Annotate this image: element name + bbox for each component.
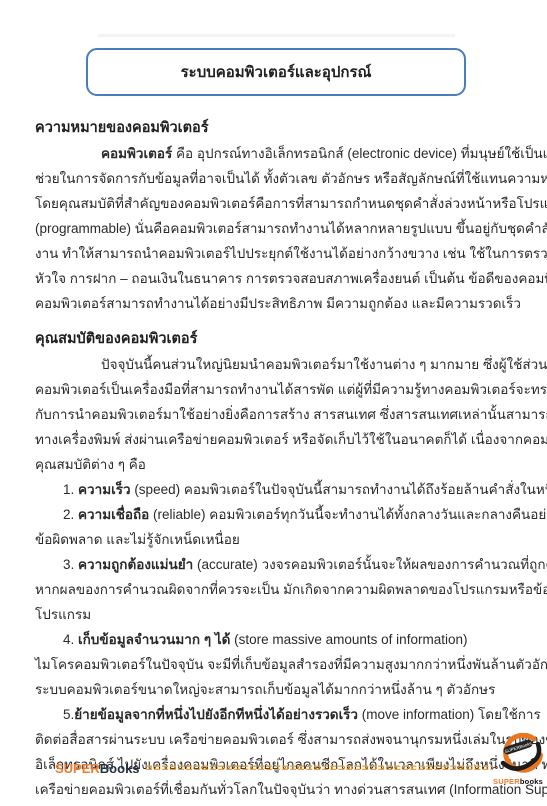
text-line: ช่วยในการจัดการกับข้อมูลที่อาจเป็นได้ ทั… xyxy=(35,166,519,191)
text-run: กับการนำคอมพิวเตอร์มาใช้อย่างยิ่งคือการส… xyxy=(35,407,547,422)
text-run: งาน ทำให้สามารถนำคอมพิวเตอร์ไปประยุกต์ใช… xyxy=(35,246,547,261)
text-run: (reliable) คอมพิวเตอร์ทุกวันนี้จะทำงานได… xyxy=(149,507,547,522)
text-run: โดยคุณสมบัติที่สำคัญของคอมพิวเตอร์คือการ… xyxy=(35,196,547,211)
text-line: คุณสมบัติต่าง ๆ คือ xyxy=(35,452,519,477)
section-body-meaning: คอมพิวเตอร์ คือ อุปกรณ์ทางอิเล็กทรอนิกส์… xyxy=(35,141,519,316)
text-run: (speed) คอมพิวเตอร์ในปัจจุบันนี้สามารถทำ… xyxy=(131,482,547,497)
text-line: คอมพิวเตอร์ คือ อุปกรณ์ทางอิเล็กทรอนิกส์… xyxy=(35,141,519,166)
section-body-properties: ปัจจุบันนี้คนส่วนใหญ่นิยมนำคอมพิวเตอร์มา… xyxy=(35,352,519,802)
text-run: 2. xyxy=(63,507,78,522)
text-line: 2. ความเชื่อถือ (reliable) คอมพิวเตอร์ทุ… xyxy=(35,502,519,527)
text-run: คอมพิวเตอร์สามารถทำงานได้อย่างมีประสิทธิ… xyxy=(35,296,521,311)
section-heading-meaning: ความหมายของคอมพิวเตอร์ xyxy=(35,116,519,141)
text-run: 5. xyxy=(63,707,74,722)
logo-label-books: books xyxy=(520,777,543,786)
section-heading-properties: คุณสมบัติของคอมพิวเตอร์ xyxy=(35,327,519,352)
text-run: ปัจจุบันนี้คนส่วนใหญ่นิยมนำคอมพิวเตอร์มา… xyxy=(101,357,547,372)
text-run: หัวใจ การฝาก – ถอนเงินในธนาคาร การตรวจสอ… xyxy=(35,271,547,286)
text-line: 1. ความเร็ว (speed) คอมพิวเตอร์ในปัจจุบั… xyxy=(35,477,519,502)
text-line: กับการนำคอมพิวเตอร์มาใช้อย่างยิ่งคือการส… xyxy=(35,402,519,427)
text-line: 5.ย้ายข้อมูลจากที่หนึ่งไปยังอีกทีหนึ่งได… xyxy=(35,702,519,727)
footer-dashed-rule: ========================================… xyxy=(146,756,493,780)
footer-brand-super: SUPER xyxy=(55,761,100,776)
scan-shadow-artifact xyxy=(98,34,455,37)
text-line: ติดต่อสื่อสารผ่านระบบ เครือข่ายคอมพิวเตอ… xyxy=(35,727,519,752)
text-run: ทางเครื่องพิมพ์ ส่งผ่านเครือข่ายคอมพิวเต… xyxy=(35,432,547,447)
text-run: (store massive amounts of information) xyxy=(230,632,467,647)
text-run-bold: คอมพิวเตอร์ xyxy=(101,146,172,161)
text-line: 3. ความถูกต้องแม่นยำ (accurate) วงจรคอมพ… xyxy=(35,552,519,577)
logo-label: SUPERbooks xyxy=(491,777,545,786)
text-run: คอมพิวเตอร์เป็นเครื่องมือที่สามารถทำงานไ… xyxy=(35,382,547,397)
text-run: ระบบคอมพิวเตอร์ขนาดใหญ่จะสามารถเก็บข้อมู… xyxy=(35,682,495,697)
text-line: โดยคุณสมบัติที่สำคัญของคอมพิวเตอร์คือการ… xyxy=(35,191,519,216)
text-line: งาน ทำให้สามารถนำคอมพิวเตอร์ไปประยุกต์ใช… xyxy=(35,241,519,266)
text-line: ไมโครคอมพิวเตอร์ในปัจจุบัน จะมีที่เก็บข้… xyxy=(35,652,519,677)
text-run: คือ อุปกรณ์ทางอิเล็กทรอนิกส์ (electronic… xyxy=(172,146,547,161)
text-run-bold: ย้ายข้อมูลจากที่หนึ่งไปยังอีกทีหนึ่งได้อ… xyxy=(74,707,358,722)
footer: SUPERBooks =============================… xyxy=(55,756,493,780)
text-line: หัวใจ การฝาก – ถอนเงินในธนาคาร การตรวจสอ… xyxy=(35,266,519,291)
text-run: ข้อผิดพลาด และไม่รู้จักเหน็ดเหนื่อย xyxy=(35,532,240,547)
swoosh-logo-icon: SUPERBooks xyxy=(491,733,545,777)
logo-label-super: SUPER xyxy=(493,777,520,786)
footer-brand-books: Books xyxy=(100,761,140,776)
superbooks-logo: SUPERBooks SUPERbooks xyxy=(491,733,545,791)
text-run: (move information) โดยใช้การ xyxy=(358,707,541,722)
page-title: ระบบคอมพิวเตอร์และอุปกรณ์ xyxy=(181,60,372,84)
text-line: หากผลของการคำนวณผิดจากที่ควรจะเป็น มักเก… xyxy=(35,577,519,602)
text-run: ช่วยในการจัดการกับข้อมูลที่อาจเป็นได้ ทั… xyxy=(35,171,547,186)
text-run: หากผลของการคำนวณผิดจากที่ควรจะเป็น มักเก… xyxy=(35,582,547,597)
text-line: เครือข่ายคอมพิวเตอร์ที่เชื่อมกันทั่วโลกใ… xyxy=(35,777,519,802)
text-line: โปรแกรม xyxy=(35,602,519,627)
text-run-bold: ความเชื่อถือ xyxy=(78,507,149,522)
page-title-box: ระบบคอมพิวเตอร์และอุปกรณ์ xyxy=(86,48,466,96)
text-run-bold: เก็บข้อมูลจำนวนมาก ๆ ได้ xyxy=(78,632,230,647)
text-run: 3. xyxy=(63,557,78,572)
document-page: ระบบคอมพิวเตอร์และอุปกรณ์ ความหมายของคอม… xyxy=(0,0,547,806)
text-line: ระบบคอมพิวเตอร์ขนาดใหญ่จะสามารถเก็บข้อมู… xyxy=(35,677,519,702)
text-run: 1. xyxy=(63,482,78,497)
text-run-bold: ความถูกต้องแม่นยำ xyxy=(78,557,193,572)
text-line: 4. เก็บข้อมูลจำนวนมาก ๆ ได้ (store massi… xyxy=(35,627,519,652)
text-run: ติดต่อสื่อสารผ่านระบบ เครือข่ายคอมพิวเตอ… xyxy=(35,732,547,747)
text-run-bold: ความเร็ว xyxy=(78,482,131,497)
text-run: 4. xyxy=(63,632,78,647)
text-line: (programmable) นั่นคือคอมพิวเตอร์สามารถท… xyxy=(35,216,519,241)
text-run: ไมโครคอมพิวเตอร์ในปัจจุบัน จะมีที่เก็บข้… xyxy=(35,657,547,672)
page-content: ความหมายของคอมพิวเตอร์ คอมพิวเตอร์ คือ อ… xyxy=(35,116,519,802)
text-run: (accurate) วงจรคอมพิวเตอร์นั้นจะให้ผลของ… xyxy=(193,557,547,572)
text-run: (programmable) นั่นคือคอมพิวเตอร์สามารถท… xyxy=(35,221,547,236)
text-line: ข้อผิดพลาด และไม่รู้จักเหน็ดเหนื่อย xyxy=(35,527,519,552)
text-run: โปรแกรม xyxy=(35,607,91,622)
text-line: คอมพิวเตอร์สามารถทำงานได้อย่างมีประสิทธิ… xyxy=(35,291,519,316)
text-line: คอมพิวเตอร์เป็นเครื่องมือที่สามารถทำงานไ… xyxy=(35,377,519,402)
text-run: คุณสมบัติต่าง ๆ คือ xyxy=(35,457,146,472)
text-run: เครือข่ายคอมพิวเตอร์ที่เชื่อมกันทั่วโลกใ… xyxy=(35,782,547,797)
footer-brand: SUPERBooks xyxy=(55,761,140,776)
text-line: ปัจจุบันนี้คนส่วนใหญ่นิยมนำคอมพิวเตอร์มา… xyxy=(35,352,519,377)
text-line: ทางเครื่องพิมพ์ ส่งผ่านเครือข่ายคอมพิวเต… xyxy=(35,427,519,452)
